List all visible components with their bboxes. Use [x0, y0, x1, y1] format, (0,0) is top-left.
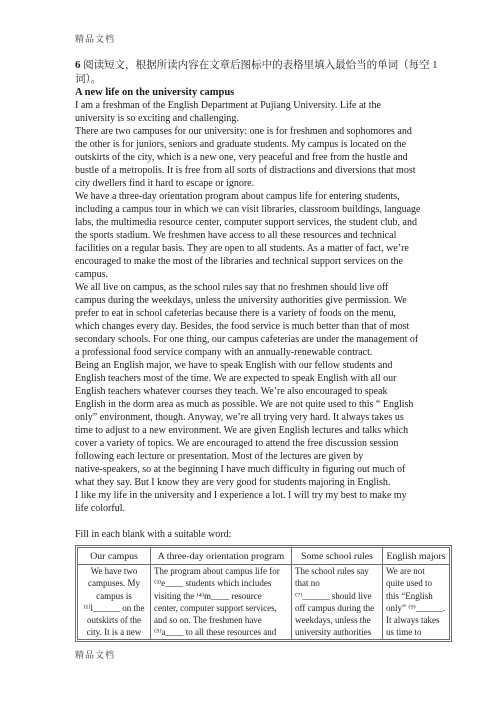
article-paragraph-1: I am a freshman of the English Departmen…: [75, 99, 471, 125]
table-header-english-majors: English majors: [383, 548, 450, 565]
table-row: We have two campuses. My campus is ⁽¹⁾l_…: [78, 565, 450, 640]
document-page: 精品文档 6 阅读短文，根据所读内容在文章后图标中的表格里填入最恰当的单词（每空…: [0, 0, 496, 702]
table-cell-orientation-program: The program about campus life for ⁽³⁾e__…: [151, 565, 292, 640]
summary-table: Our campus A three-day orientation progr…: [77, 547, 450, 640]
document-content: 6 阅读短文，根据所读内容在文章后图标中的表格里填入最恰当的单词（每空 1 词）…: [75, 0, 471, 647]
article-paragraph-3: We have a three-day orientation program …: [75, 190, 471, 281]
article-paragraph-6: I like my life in the university and I e…: [75, 489, 471, 515]
table-header-school-rules: Some school rules: [292, 548, 383, 565]
table-cell-english-majors: We are not quite used to this “English o…: [383, 565, 450, 640]
table-header-row: Our campus A three-day orientation progr…: [78, 548, 450, 565]
table-header-our-campus: Our campus: [78, 548, 151, 565]
table-header-orientation-program: A three-day orientation program: [151, 548, 292, 565]
article-paragraph-4: We all live on campus, as the school rul…: [75, 281, 471, 359]
table-cell-our-campus: We have two campuses. My campus is ⁽¹⁾l_…: [78, 565, 151, 640]
table-cell-school-rules: The school rules say that no ⁽⁷⁾______ s…: [292, 565, 383, 640]
summary-table-border: Our campus A three-day orientation progr…: [75, 545, 452, 642]
fill-instruction: Fill in each blank with a suitable word:: [75, 528, 471, 541]
exercise-title: 6 阅读短文，根据所读内容在文章后图标中的表格里填入最恰当的单词（每空 1 词）…: [75, 59, 471, 86]
exercise-instruction: 阅读短文，根据所读内容在文章后图标中的表格里填入最恰当的单词（每空 1 词）。: [75, 60, 438, 85]
article-heading: A new life on the university campus: [75, 86, 471, 99]
article-paragraph-2: There are two campuses for our universit…: [75, 125, 471, 190]
watermark-bottom: 精品文档: [75, 648, 115, 661]
article-paragraph-5: Being an English major, we have to speak…: [75, 359, 471, 489]
